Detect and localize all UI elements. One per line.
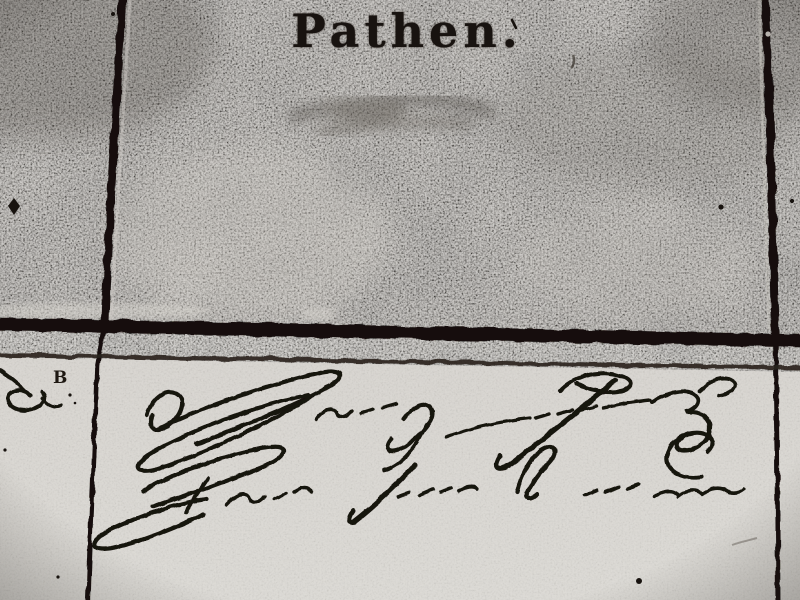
document-graphics	[0, 0, 800, 600]
column-header-pathen: Pathen.	[282, 4, 532, 58]
vignette-overlay	[0, 0, 800, 600]
superscript-reference-mark: B	[53, 368, 67, 388]
document-photo: Pathen. B	[0, 0, 800, 600]
